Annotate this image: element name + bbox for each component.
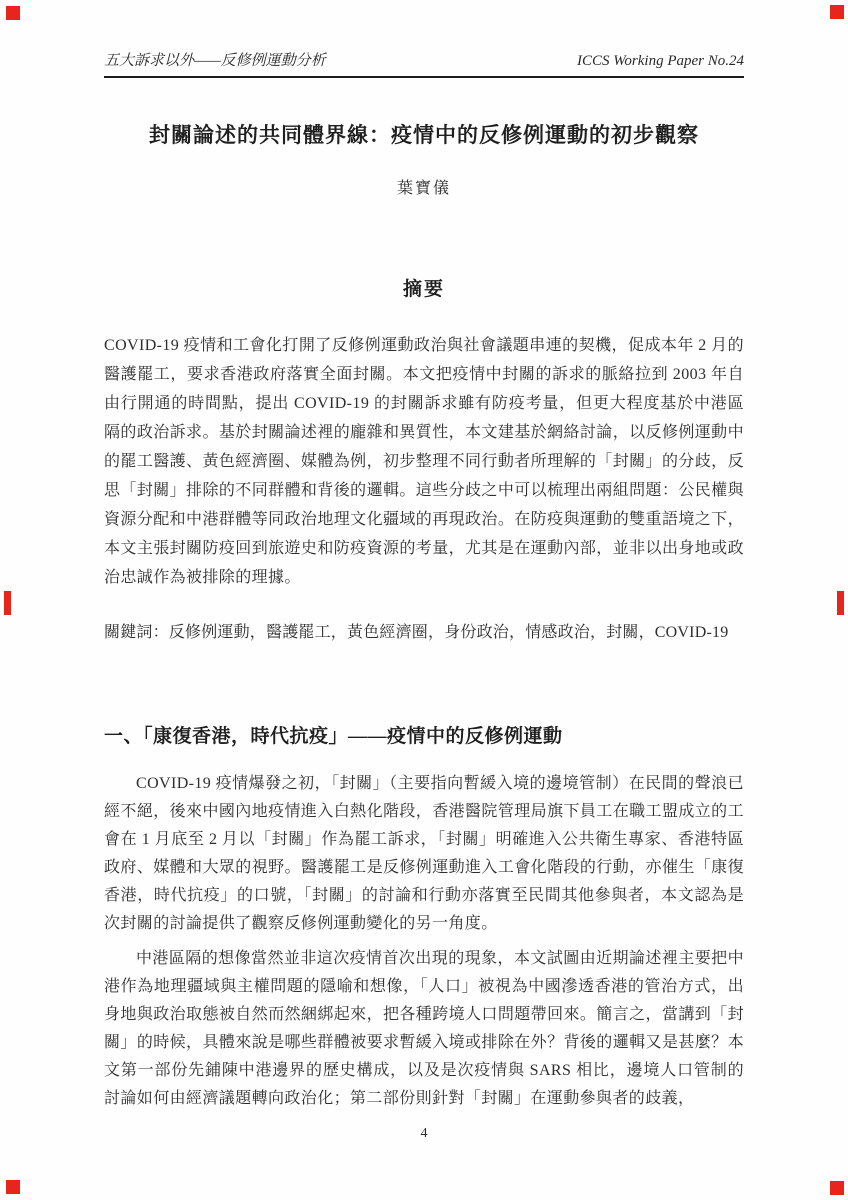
author-name: 葉寶儀 [104, 175, 744, 198]
abstract-text: COVID-19 疫情和工會化打開了反修例運動政治與社會議題串連的契機，促成本年… [104, 331, 744, 592]
paper-title: 封關論述的共同體界線：疫情中的反修例運動的初步觀察 [104, 119, 744, 149]
abstract-heading: 摘要 [104, 274, 744, 301]
red-marker-left-edge [4, 591, 11, 615]
running-header: 五大訴求以外——反修例運動分析 ICCS Working Paper No.24 [104, 0, 744, 78]
red-marker-top-left [6, 6, 20, 20]
page-number: 4 [0, 1126, 848, 1142]
section-1-heading: 一、「康復香港，時代抗疫」——疫情中的反修例運動 [104, 721, 744, 748]
section-1-paragraph-1: COVID-19 疫情爆發之初，「封關」（主要指向暫緩入境的邊境管制）在民間的聲… [104, 770, 744, 938]
section-1-paragraph-2: 中港區隔的想像當然並非這次疫情首次出現的現象，本文試圖由近期論述裡主要把中港作為… [104, 945, 744, 1113]
red-marker-right-edge [837, 591, 844, 615]
red-marker-top-right [830, 5, 844, 19]
running-header-right: ICCS Working Paper No.24 [577, 53, 744, 70]
red-marker-bottom-right [830, 1181, 844, 1195]
red-marker-bottom-left [6, 1180, 20, 1194]
keywords-line: 關鍵詞：反修例運動，醫護罷工，黃色經濟圈，身份政治，情感政治，封關，COVID-… [104, 618, 744, 647]
document-page: 五大訴求以外——反修例運動分析 ICCS Working Paper No.24… [0, 0, 848, 1200]
running-header-left: 五大訴求以外——反修例運動分析 [104, 49, 326, 70]
